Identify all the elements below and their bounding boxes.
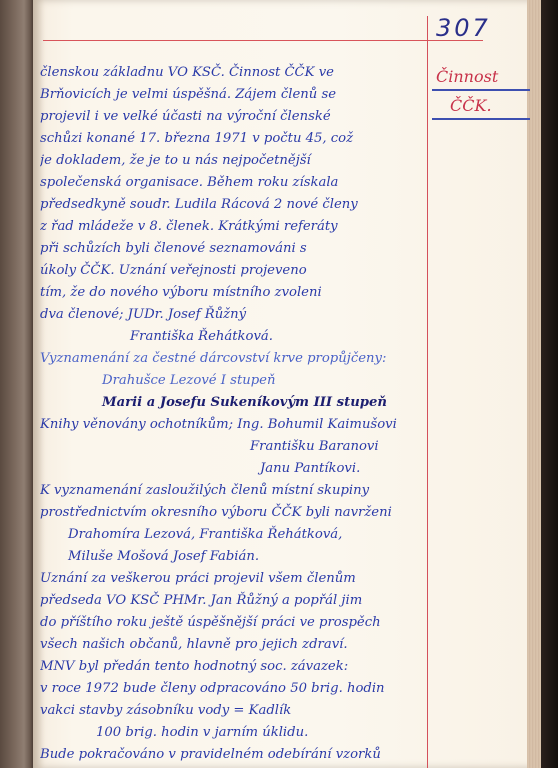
margin-note-line: ČČK. [432,95,530,120]
text-line: tím, že do nového výboru místního zvolen… [40,282,432,304]
text-line: společenská organisace. Během roku získa… [40,172,432,194]
top-rule-line [43,40,483,41]
text-line: předsedkyně soudr. Ludila Rácová 2 nové … [40,194,432,216]
text-line: Vyznamenání za čestné dárcovství krve pr… [40,348,432,370]
text-line: vakci stavby zásobníku vody = Kadlík [40,700,432,722]
text-line: prostřednictvím okresního výboru ČČK byl… [40,502,432,524]
text-line: Janu Pantíkovi. [40,458,432,480]
text-line: Marii a Josefu Sukeníkovým III stupeň [40,392,432,414]
margin-note: Činnost ČČK. [432,66,530,120]
text-line: členskou základnu VO KSČ. Činnost ČČK ve [40,62,432,84]
text-line: dva členové; JUDr. Josef Řůžný [40,304,432,326]
text-line: je dokladem, že je to u nás nejpočetnějš… [40,150,432,172]
text-line: Františku Baranovi [40,436,432,458]
handwritten-text: členskou základnu VO KSČ. Činnost ČČK ve… [40,62,432,766]
text-line: při schůzích byli členové seznamováni s [40,238,432,260]
text-line: K vyznamenání zasloužilých členů místní … [40,480,432,502]
text-line: Drahušce Lezové I stupeň [40,370,432,392]
text-line: všech našich občanů, hlavně pro jejich z… [40,634,432,656]
text-line: předseda VO KSČ PHMr. Jan Řůžný a popřál… [40,590,432,612]
text-line: Bude pokračováno v pravidelném odebírání… [40,744,432,766]
margin-note-line: Činnost [432,66,530,91]
text-line: Františka Řehátková. [40,326,432,348]
text-line: úkoly ČČK. Uznání veřejnosti projeveno [40,260,432,282]
text-line: z řad mládeže v 8. členek. Krátkými refe… [40,216,432,238]
text-line: Miluše Mošová Josef Fabián. [40,546,432,568]
text-line: projevil i ve velké účasti na výroční čl… [40,106,432,128]
text-line: 100 brig. hodin v jarním úklidu. [40,722,432,744]
book-spread: 307 Činnost ČČK. členskou základnu VO KS… [0,0,558,768]
text-line: Drahomíra Lezová, Františka Řehátková, [40,524,432,546]
text-line: do příštího roku ještě úspěšnější práci … [40,612,432,634]
text-line: MNV byl předán tento hodnotný soc. závaz… [40,656,432,678]
page-number: 307 [436,14,491,42]
text-line: v roce 1972 bude členy odpracováno 50 br… [40,678,432,700]
book-cover [541,0,558,768]
text-line: Knihy věnovány ochotníkům; Ing. Bohumil … [40,414,432,436]
text-line: Uznání za veškerou práci projevil všem č… [40,568,432,590]
text-line: schůzi konané 17. března 1971 v počtu 45… [40,128,432,150]
text-line: Brňovicích je velmi úspěšná. Zájem členů… [40,84,432,106]
